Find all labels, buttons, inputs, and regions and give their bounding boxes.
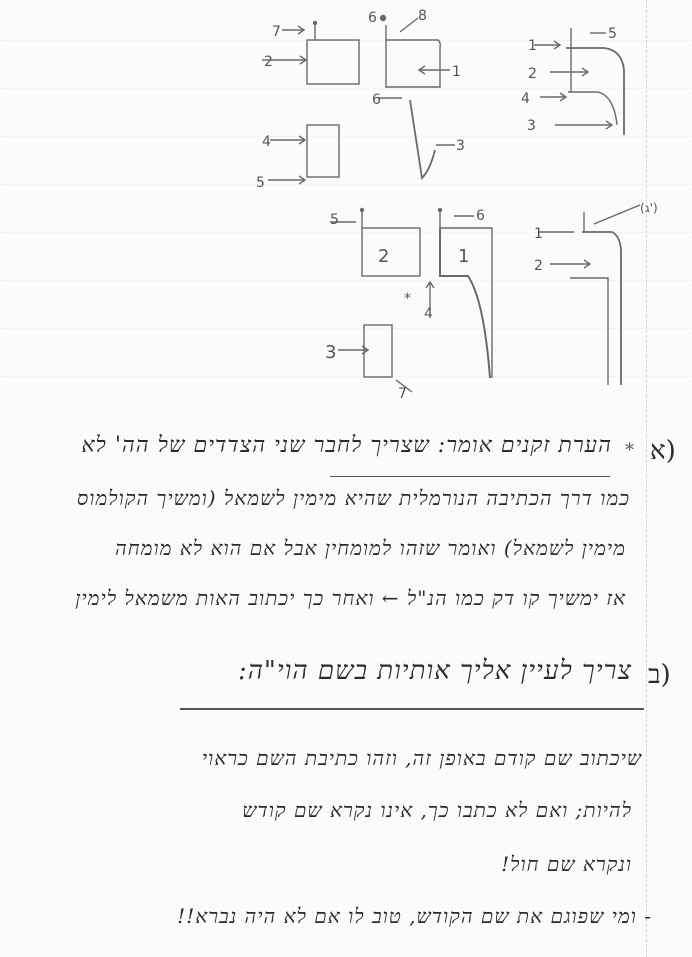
svg-text:2: 2 (528, 66, 537, 82)
svg-text:1: 1 (528, 38, 537, 54)
svg-text:6: 6 (368, 10, 377, 26)
section-b-line-2: להיות; ואם לא כתבו כך, אינו נקרא שם קודש (242, 798, 632, 823)
heading-underline (180, 708, 644, 710)
section-a-line-2: כמו דרך הכתיבה הנורמלית שהיא מימין לשמאל… (77, 486, 630, 511)
svg-text:3: 3 (456, 138, 465, 154)
letter-construction-diagrams: 7 2 6 8 1 6 3 4 5 1 2 4 3 5 (0, 0, 692, 410)
svg-text:(ג'): (ג') (640, 201, 658, 215)
svg-text:*: * (404, 291, 411, 307)
svg-text:5: 5 (608, 26, 617, 42)
section-b-line-3: ונקרא שם חול! (501, 852, 632, 877)
svg-text:1: 1 (452, 64, 461, 80)
notebook-page: 7 2 6 8 1 6 3 4 5 1 2 4 3 5 (0, 0, 692, 957)
svg-text:7: 7 (398, 386, 407, 402)
section-a-line-3: מימין לשמאל) ואומר שזהו למומחין אבל אם ה… (115, 536, 626, 561)
top-left-figure: 7 2 6 8 1 6 3 4 5 (256, 8, 465, 191)
svg-text:1: 1 (458, 246, 469, 267)
svg-text:4: 4 (424, 306, 433, 322)
svg-text:7: 7 (272, 24, 281, 40)
top-right-figure: 1 2 4 3 5 (521, 26, 624, 135)
phrase-underline (330, 476, 610, 477)
svg-text:6: 6 (372, 92, 381, 108)
middle-right-figure: 1 2 (ג') (534, 201, 658, 385)
svg-text:1: 1 (534, 226, 543, 242)
svg-text:2: 2 (378, 246, 389, 267)
middle-left-figure: 2 1 5 6 4 3 7 * (325, 208, 492, 402)
section-b-heading: צריך לעיין אליך אותיות בשם הוי"ה: (238, 656, 632, 686)
section-b-marker: ב) (648, 660, 671, 690)
section-b-line-1: שיכתוב שם קודם באופן זה, וזהו כתיבת השם … (202, 746, 642, 771)
svg-text:4: 4 (262, 134, 271, 150)
svg-text:8: 8 (418, 8, 427, 24)
svg-text:6: 6 (476, 208, 485, 224)
svg-text:4: 4 (521, 91, 530, 107)
svg-text:5: 5 (330, 212, 339, 228)
svg-text:3: 3 (527, 118, 536, 134)
svg-text:3: 3 (325, 342, 336, 363)
svg-text:2: 2 (534, 258, 543, 274)
section-a-line-4: אז ימשיך קו דק כמו הנ"ל ← ואחר כך יכתוב … (75, 586, 626, 611)
section-a-marker: א) (650, 436, 676, 466)
section-b-line-4: - ומי שפוגם את שם הקודש, טוב לו אם לא הי… (177, 904, 652, 929)
section-a-line-1: הערת זקנים אומר: שצריך לחבר שני הצדדים ש… (81, 432, 612, 458)
svg-text:5: 5 (256, 175, 265, 191)
star-marker: * (625, 440, 634, 461)
svg-text:2: 2 (264, 54, 273, 70)
